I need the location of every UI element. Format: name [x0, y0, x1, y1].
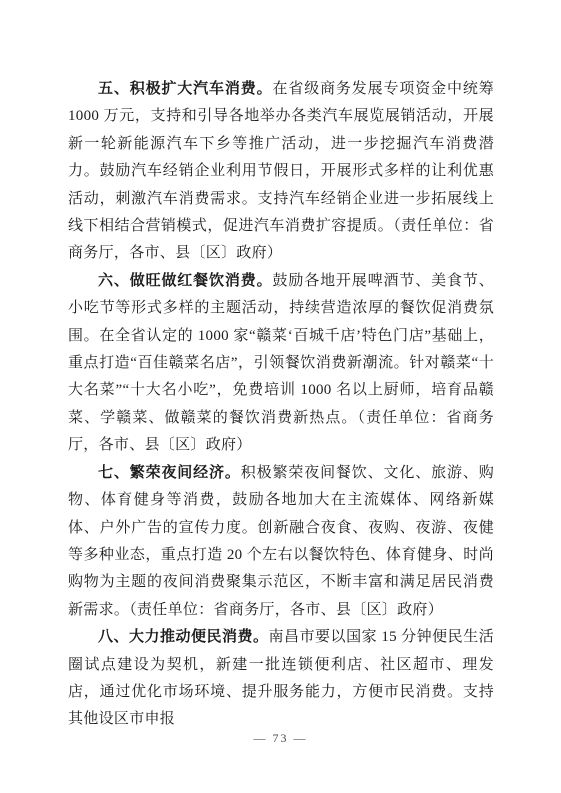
section-7-body-text: 积极繁荣夜间餐饮、文化、旅游、购物、体育健身等消费，鼓励各地加大在主流媒体、网络…	[68, 465, 494, 618]
paragraph-section-5: 五、积极扩大汽车消费。在省级商务发展专项资金中统筹 1000 万元，支持和引导各…	[68, 76, 494, 268]
document-page: 五、积极扩大汽车消费。在省级商务发展专项资金中统筹 1000 万元，支持和引导各…	[0, 0, 561, 793]
section-8-title: 八、大力推动便民消费。	[98, 629, 269, 645]
section-7-title: 七、繁荣夜间经济。	[98, 465, 241, 481]
document-body: 五、积极扩大汽车消费。在省级商务发展专项资金中统筹 1000 万元，支持和引导各…	[68, 76, 494, 734]
section-5-body-text: 在省级商务发展专项资金中统筹 1000 万元，支持和引导各地举办各类汽车展览展销…	[68, 81, 494, 261]
section-5-title: 五、积极扩大汽车消费。	[98, 81, 272, 97]
paragraph-section-7: 七、繁荣夜间经济。积极繁荣夜间餐饮、文化、旅游、购物、体育健身等消费，鼓励各地加…	[68, 460, 494, 624]
section-6-title: 六、做旺做红餐饮消费。	[98, 273, 272, 289]
page-number: — 73 —	[0, 731, 561, 746]
section-6-body-text: 鼓励各地开展啤酒节、美食节、小吃节等形式多样的主题活动，持续营造浓厚的餐饮促消费…	[68, 273, 494, 453]
paragraph-section-8: 八、大力推动便民消费。南昌市要以国家 15 分钟便民生活圈试点建设为契机，新建一…	[68, 624, 494, 734]
paragraph-section-6: 六、做旺做红餐饮消费。鼓励各地开展啤酒节、美食节、小吃节等形式多样的主题活动，持…	[68, 268, 494, 460]
